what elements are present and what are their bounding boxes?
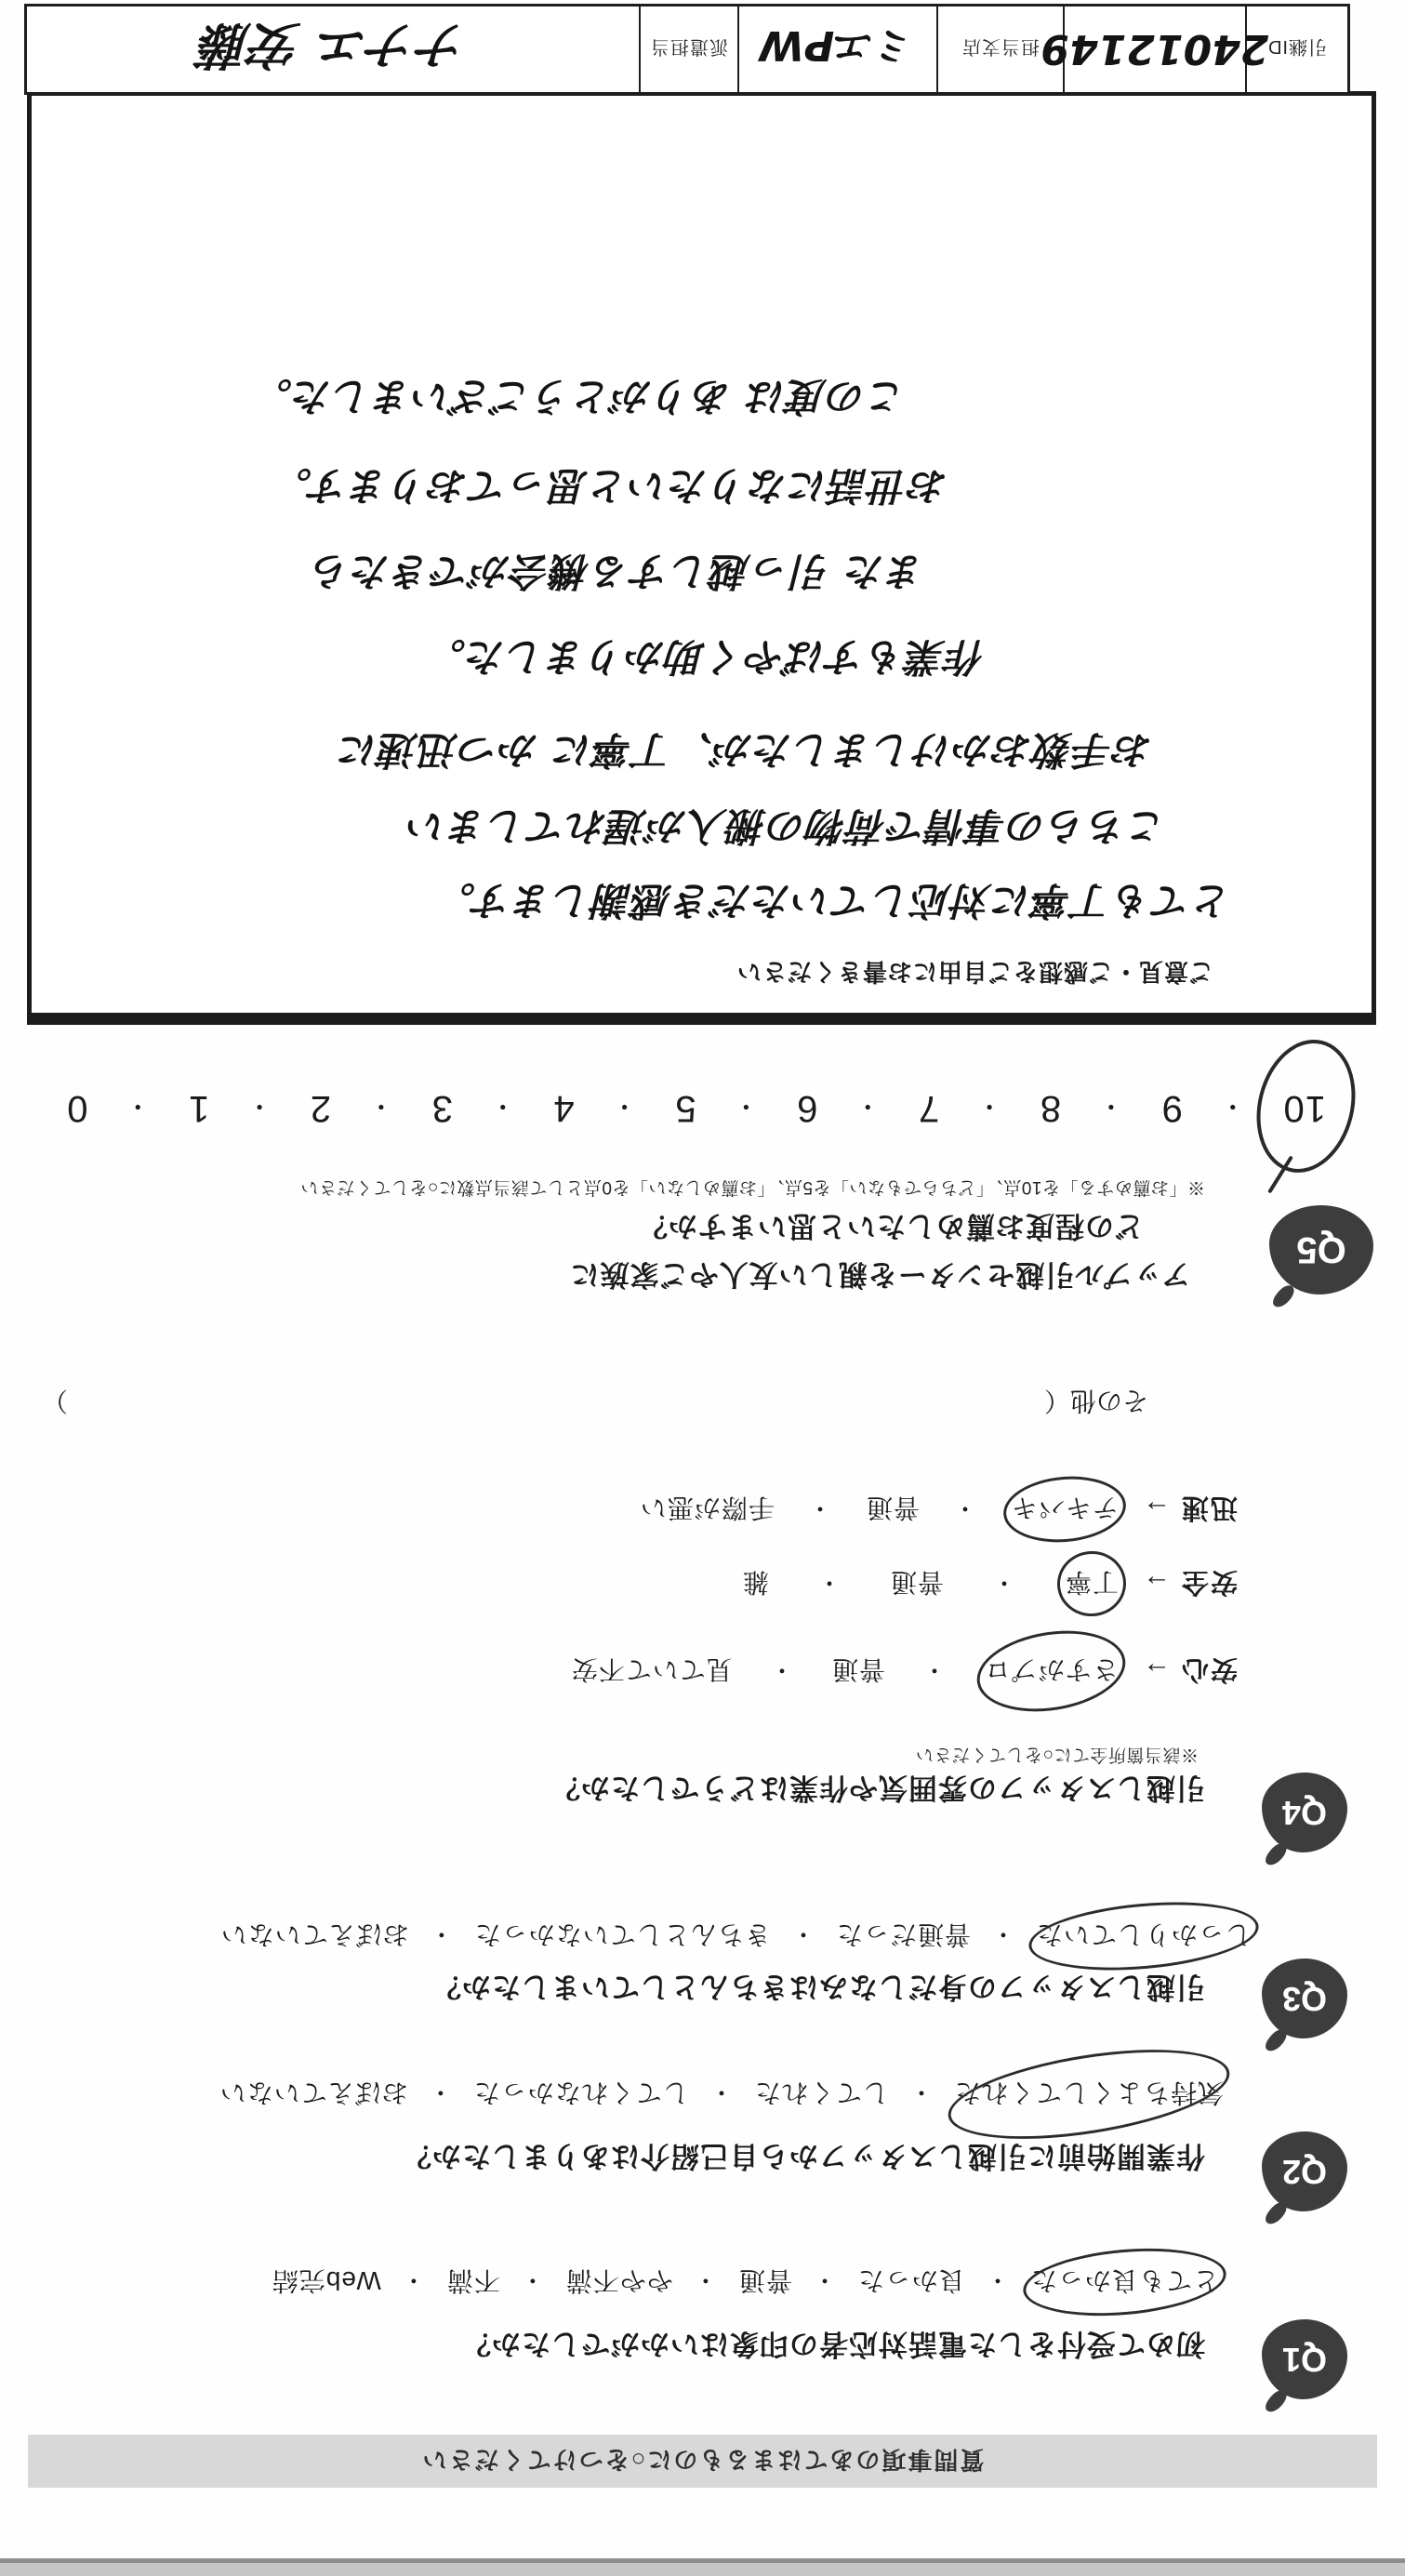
separator-dot: ・ (694, 2265, 718, 2300)
separator-dot: ・ (770, 1654, 794, 1689)
separator-dot: ・ (402, 2265, 426, 2300)
q2-badge: Q2 (1262, 2131, 1347, 2211)
separator-dot: ・ (429, 2078, 453, 2112)
instruction-bar-text: 質問事項のあてはまるものに○をつけてください (421, 2444, 985, 2478)
separator-dot: ・ (1098, 1090, 1124, 1127)
scan-edge-strip (0, 2558, 1405, 2576)
q4-anshin-option: 見ていて不安 (571, 1653, 733, 1691)
q1-option: やや不満 (565, 2264, 673, 2301)
arrow-icon: → (1143, 1494, 1171, 1526)
separator-dot: ・ (612, 1090, 638, 1127)
handwritten-line: お手数おかけしましたが、丁寧に かつ迅速に (338, 724, 1153, 780)
handover-id-table: 引継ID 24012149 担当支店 ミエPW 派遣担当 ナナエ 安藤 (24, 4, 1350, 95)
field-label-branch: 担当支店 (936, 7, 1063, 92)
q1-badge: Q1 (1262, 2319, 1347, 2399)
q2-option: おぼえていない (219, 2076, 408, 2113)
separator-dot: ・ (817, 1567, 842, 1601)
separator-dot: ・ (490, 1090, 516, 1127)
q4-jinsoku-option: 手際が悪い (640, 1492, 775, 1529)
q4-jinsoku-option-circled: テキパキ (1011, 1492, 1119, 1529)
q4-other-row: その他（ ） (42, 1384, 1148, 1421)
rating-10-circled: 10 (1283, 1087, 1327, 1129)
separator-dot: ・ (991, 1919, 1015, 1954)
separator-dot: ・ (246, 1090, 272, 1127)
rating-number: 8 (1040, 1087, 1061, 1129)
nps-rating-scale: 10 ・ 9 ・ 8 ・ 7 ・ 6 ・ 5 ・ 4 ・ 3 ・ 2 ・ 1 ・… (66, 1087, 1326, 1129)
q4-row-label: 安心 (1180, 1653, 1238, 1691)
q4-anshin-option: 普通 (831, 1653, 885, 1691)
separator-dot: ・ (813, 2265, 837, 2300)
other-close-paren: ） (42, 1384, 68, 1421)
q2-option: してくれなかった (473, 2076, 689, 2113)
field-value-staff-name: ナナエ 安藤 (29, 7, 639, 92)
q4-row-label: 安全 (1180, 1565, 1238, 1603)
rating-number: 0 (66, 1087, 87, 1129)
separator-dot: ・ (791, 1919, 815, 1954)
q3-badge: Q3 (1262, 1959, 1347, 2038)
rating-number: 9 (1161, 1087, 1183, 1129)
separator-dot: ・ (709, 2078, 734, 2112)
separator-dot: ・ (808, 1493, 832, 1527)
q4-anzen-option: 普通 (890, 1566, 944, 1603)
instruction-bar: 質問事項のあてはまるものに○をつけてください (28, 2435, 1377, 2488)
q4-anshin-option-circled: さすがプロ (984, 1653, 1119, 1691)
comment-box-instruction: ご意見・ご感想をご自由にお書きください (736, 956, 1213, 990)
q3-option: きちんとしていなかった (474, 1918, 771, 1955)
q5-badge: Q5 (1269, 1205, 1373, 1295)
handwritten-line: 作業もすばやく助かりました。 (426, 631, 986, 687)
q4-badge: Q4 (1262, 1773, 1347, 1852)
q1-options: とても良かった ・ 良かった ・ 普通 ・ やや不満 ・ 不満 ・ Web完結 (272, 2264, 1219, 2301)
rating-number: 5 (674, 1087, 696, 1129)
handwritten-line: とても丁寧に対応していただき感謝します。 (435, 875, 1232, 931)
q3-question: 引越しスタッフの身だしなみはきちんとしていましたか？ (431, 1969, 1205, 2011)
comment-box: ご意見・ご感想をご自由にお書きください とても丁寧に対応していただき感謝します。… (27, 91, 1376, 1025)
q2-question: 作業開始前に引越しスタッフから自己紹介はありましたか？ (402, 2138, 1205, 2180)
q1-option: 不満 (446, 2264, 500, 2301)
separator-dot: ・ (855, 1090, 881, 1127)
q2-option-circled: 気持ちよくしてくれた (954, 2076, 1224, 2113)
field-value-branch: ミエPW (737, 7, 936, 92)
separator-dot: ・ (733, 1090, 759, 1127)
separator-dot: ・ (922, 1654, 947, 1689)
separator-dot: ・ (986, 2265, 1010, 2300)
arrow-icon: → (1143, 1569, 1171, 1600)
q2-options: 気持ちよくしてくれた ・ してくれた ・ してくれなかった ・ おぼえていない (219, 2076, 1224, 2113)
separator-dot: ・ (909, 2078, 934, 2112)
q4-badge-label: Q4 (1282, 1793, 1327, 1832)
other-label: その他（ (1044, 1384, 1148, 1421)
rating-number: 2 (310, 1087, 331, 1129)
q4-row-anshin: 安心 → さすがプロ ・ 普通 ・ 見ていて不安 (571, 1653, 1238, 1691)
q3-option: 普通だった (836, 1918, 971, 1955)
q3-options: しっかりしていた ・ 普通だった ・ きちんとしていなかった ・ おぼえていない (220, 1918, 1252, 1955)
arrow-icon: → (1143, 1656, 1171, 1688)
rating-number: 4 (553, 1087, 575, 1129)
handwritten-line: こちらの事情で荷物の搬入が遅れてしまい (407, 801, 1167, 856)
q5-question-line1: アップル引越センターを親しい友人やご家族に (570, 1256, 1190, 1298)
scanned-survey-sheet: 質問事項のあてはまるものに○をつけてください Q1 初めて受付をした電話対応者の… (0, 0, 1405, 2576)
separator-dot: ・ (368, 1090, 394, 1127)
q3-option: おぼえていない (220, 1918, 409, 1955)
q5-note: ※「お薦めする」を10点、「どちらでもない」を5点、「お薦めしない」を0点として… (300, 1176, 1205, 1202)
q5-question-line2: どの程度お薦めしたいと思いますか？ (638, 1208, 1144, 1250)
q4-jinsoku-option: 普通 (866, 1492, 920, 1529)
q4-anzen-option: 雑 (742, 1566, 769, 1603)
separator-dot: ・ (992, 1567, 1016, 1601)
q1-question: 初めて受付をした電話対応者の印象はいかがでしたか？ (461, 2326, 1205, 2368)
q1-option: 普通 (738, 2264, 792, 2301)
q1-badge-label: Q1 (1282, 2340, 1327, 2379)
q4-question: 引越しスタッフの雰囲気や作業はどうでしたか？ (550, 1770, 1205, 1812)
q2-option: してくれた (754, 2076, 889, 2113)
q5-badge-label: Q5 (1296, 1229, 1345, 1271)
separator-dot: ・ (1220, 1090, 1246, 1127)
handwritten-line: お世話になりたいと思っております。 (272, 460, 948, 516)
q4-row-jinsoku: 迅速 → テキパキ ・ 普通 ・ 手際が悪い (640, 1491, 1238, 1529)
rating-number: 3 (431, 1087, 453, 1129)
q4-anzen-option-circled: 丁寧 (1065, 1566, 1119, 1603)
separator-dot: ・ (521, 2265, 545, 2300)
field-value-handover-id: 24012149 (1063, 7, 1245, 92)
rating-number: 6 (796, 1087, 817, 1129)
handwritten-line: この度は ありがとうございました。 (252, 371, 907, 427)
q1-option: 良かった (857, 2264, 965, 2301)
separator-dot: ・ (953, 1493, 977, 1527)
q1-option-circled: とても良かった (1030, 2264, 1219, 2301)
q1-option: Web完結 (272, 2264, 381, 2301)
separator-dot: ・ (125, 1090, 151, 1127)
field-label-staff: 派遣担当 (639, 7, 737, 92)
q4-row-label: 迅速 (1180, 1491, 1238, 1529)
q3-option-circled: しっかりしていた (1036, 1918, 1252, 1955)
rating-number: 7 (918, 1087, 939, 1129)
q2-badge-label: Q2 (1282, 2152, 1327, 2191)
separator-dot: ・ (430, 1919, 454, 1954)
q4-row-anzen: 安全 → 丁寧 ・ 普通 ・ 雑 (742, 1565, 1238, 1603)
separator-dot: ・ (976, 1090, 1002, 1127)
rating-number: 1 (188, 1087, 209, 1129)
q3-badge-label: Q3 (1282, 1979, 1327, 2018)
handwritten-line: また 引っ越しする機会ができたら (311, 546, 925, 602)
q4-note: ※該当箇所全てに○をしてください (916, 1744, 1199, 1769)
